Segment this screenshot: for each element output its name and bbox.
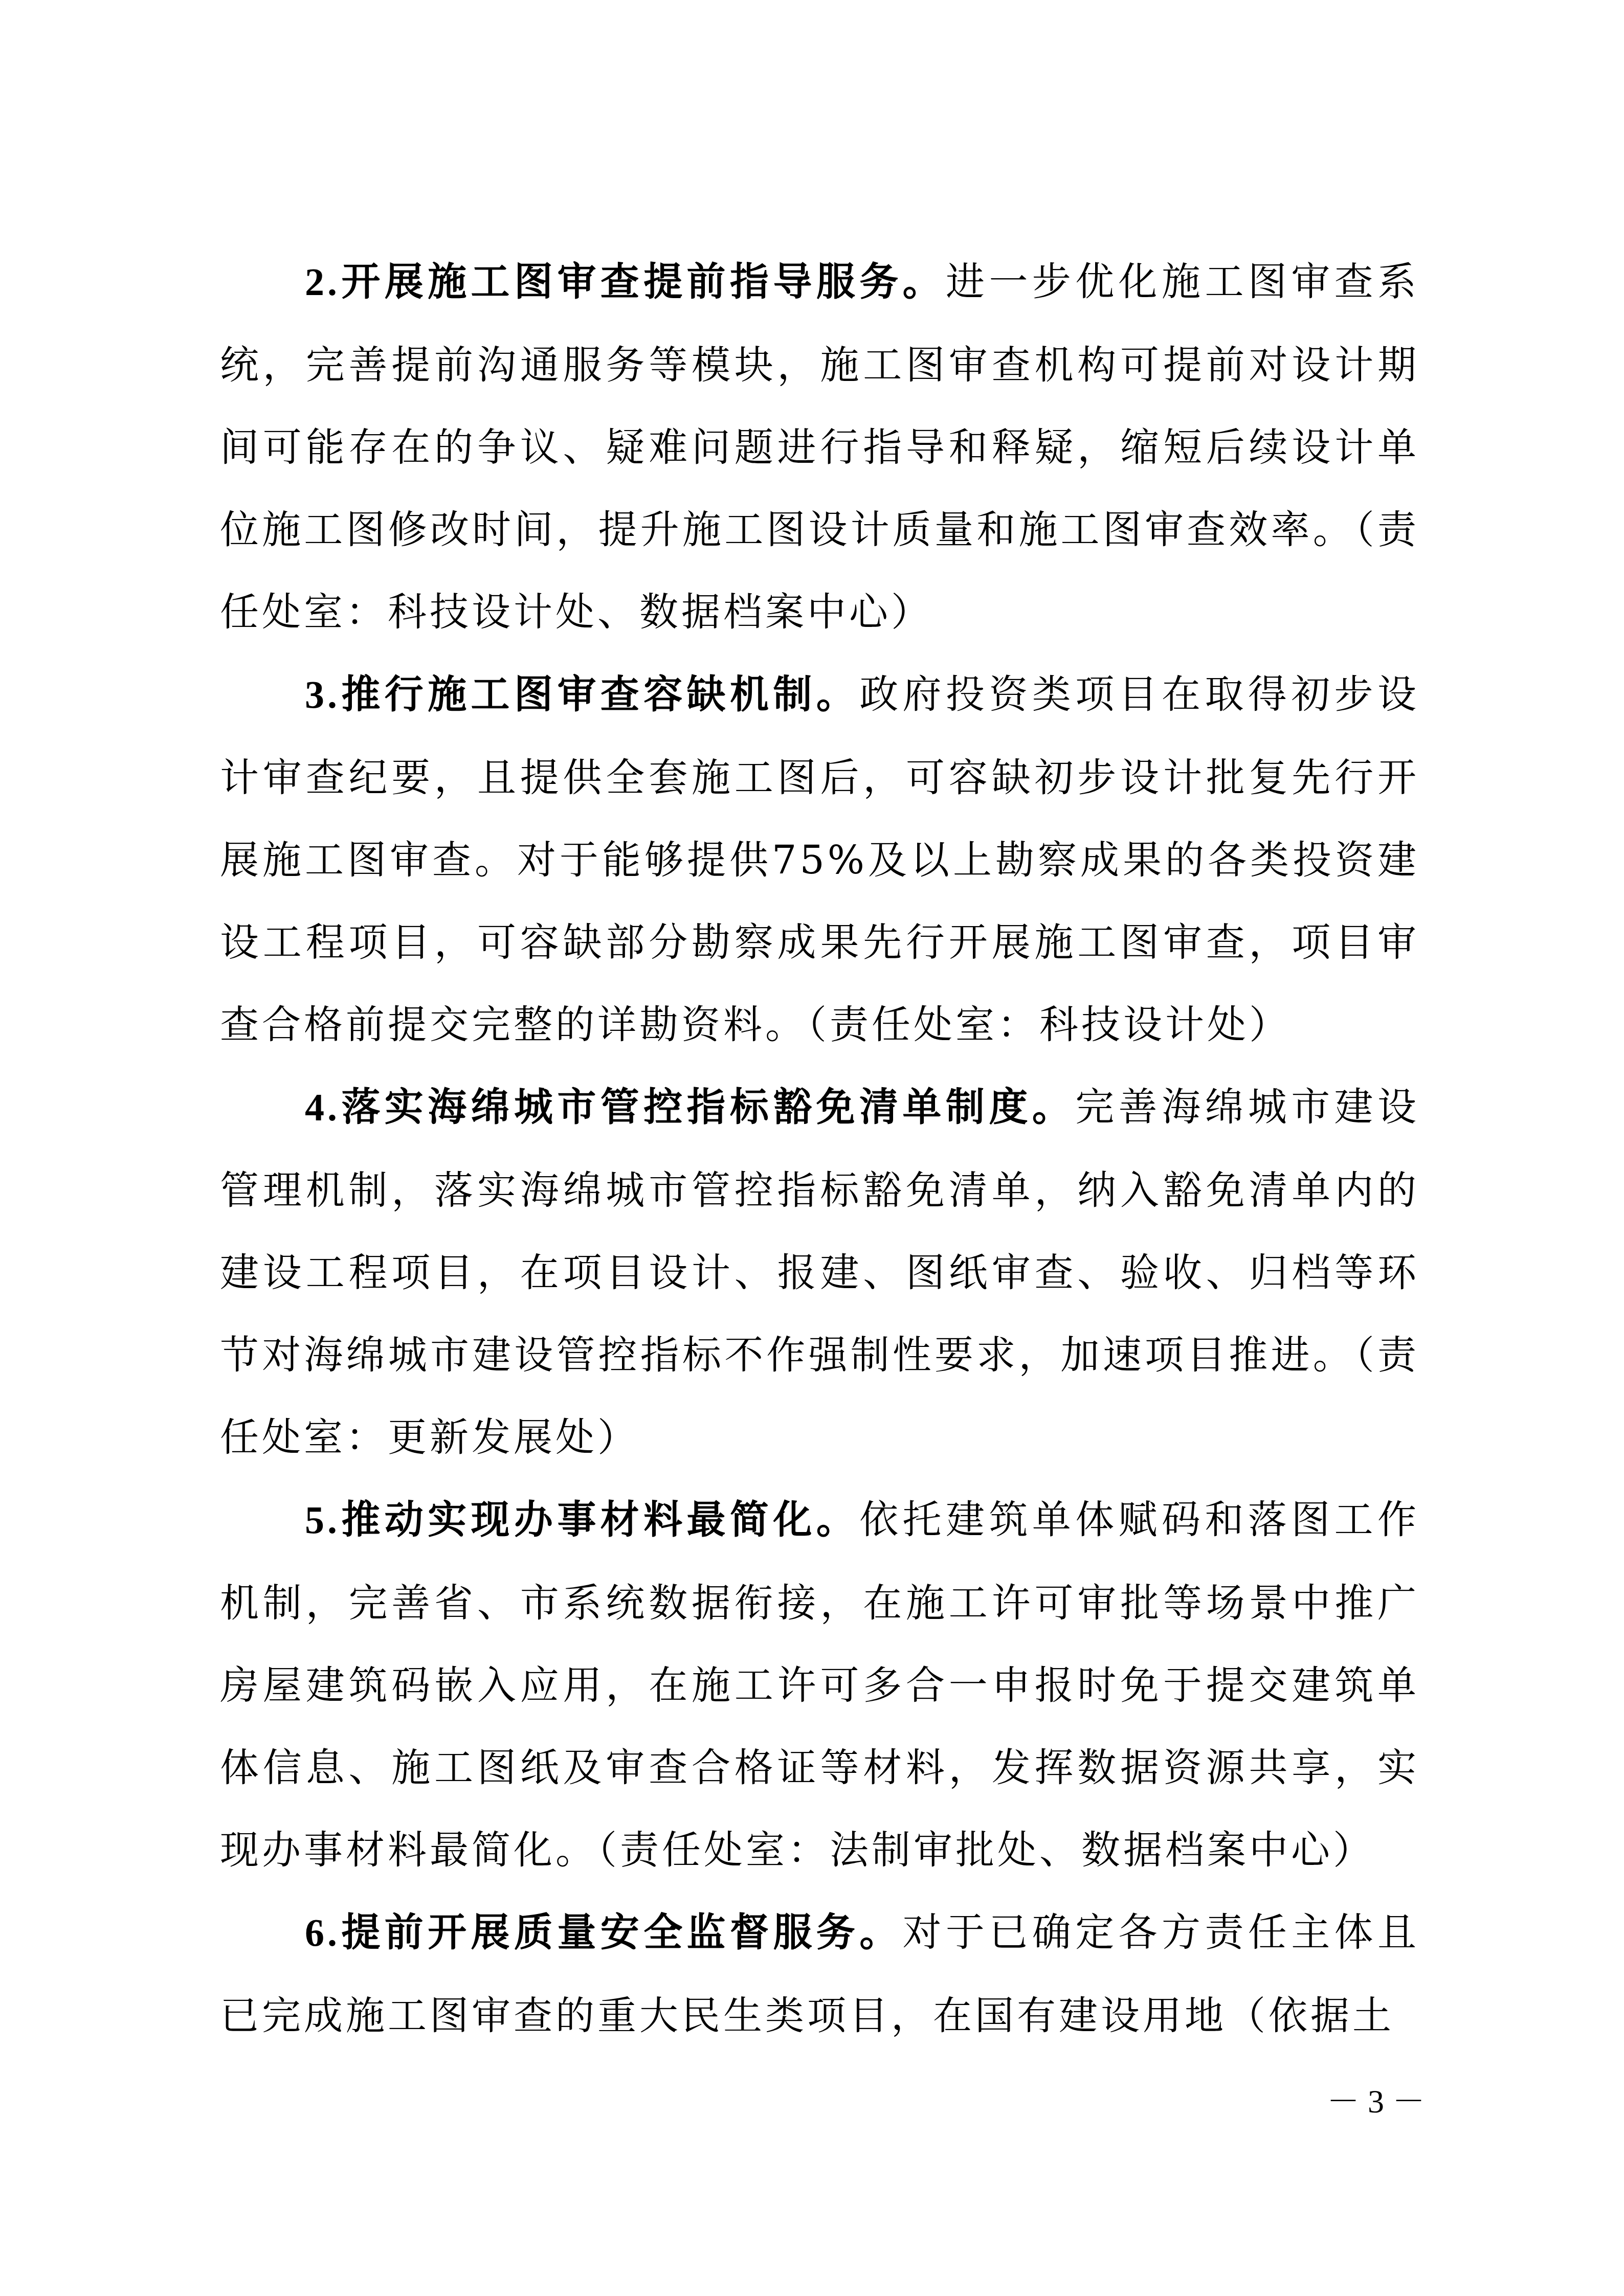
- document-page: 2.开展施工图审查提前指导服务。进一步优化施工图审查系统，完善提前沟通服务等模块…: [0, 0, 1624, 2296]
- paragraph-item-4: 4.落实海绵城市管控指标豁免清单制度。完善海绵城市建设管理机制，落实海绵城市管控…: [220, 1066, 1419, 1478]
- page-number: － 3 －: [1325, 2081, 1427, 2122]
- paragraph-heading: 6.提前开展质量安全监督服务。: [305, 1911, 903, 1954]
- paragraph-content: 进一步优化施工图审查系统，完善提前沟通服务等模块，施工图审查机构可提前对设计期间…: [220, 259, 1419, 635]
- document-body: 2.开展施工图审查提前指导服务。进一步优化施工图审查系统，完善提前沟通服务等模块…: [220, 240, 1419, 2057]
- paragraph-content: 完善海绵城市建设管理机制，落实海绵城市管控指标豁免清单，纳入豁免清单内的建设工程…: [220, 1084, 1419, 1460]
- paragraph-heading: 2.开展施工图审查提前指导服务。: [305, 261, 946, 304]
- paragraph-heading: 5.推动实现办事材料最简化。: [305, 1499, 859, 1542]
- paragraph-content: 依托建筑单体赋码和落图工作机制，完善省、市系统数据衔接，在施工许可审批等场景中推…: [220, 1497, 1419, 1873]
- paragraph-item-3: 3.推行施工图审查容缺机制。政府投资类项目在取得初步设计审查纪要，且提供全套施工…: [220, 653, 1419, 1066]
- paragraph-content: 政府投资类项目在取得初步设计审查纪要，且提供全套施工图后，可容缺初步设计批复先行…: [220, 671, 1419, 1047]
- paragraph-item-2: 2.开展施工图审查提前指导服务。进一步优化施工图审查系统，完善提前沟通服务等模块…: [220, 240, 1419, 653]
- paragraph-heading: 4.落实海绵城市管控指标豁免清单制度。: [305, 1086, 1075, 1129]
- paragraph-item-6: 6.提前开展质量安全监督服务。对于已确定各方责任主体且已完成施工图审查的重大民生…: [220, 1891, 1419, 2057]
- paragraph-item-5: 5.推动实现办事材料最简化。依托建筑单体赋码和落图工作机制，完善省、市系统数据衔…: [220, 1478, 1419, 1891]
- paragraph-heading: 3.推行施工图审查容缺机制。: [305, 673, 859, 716]
